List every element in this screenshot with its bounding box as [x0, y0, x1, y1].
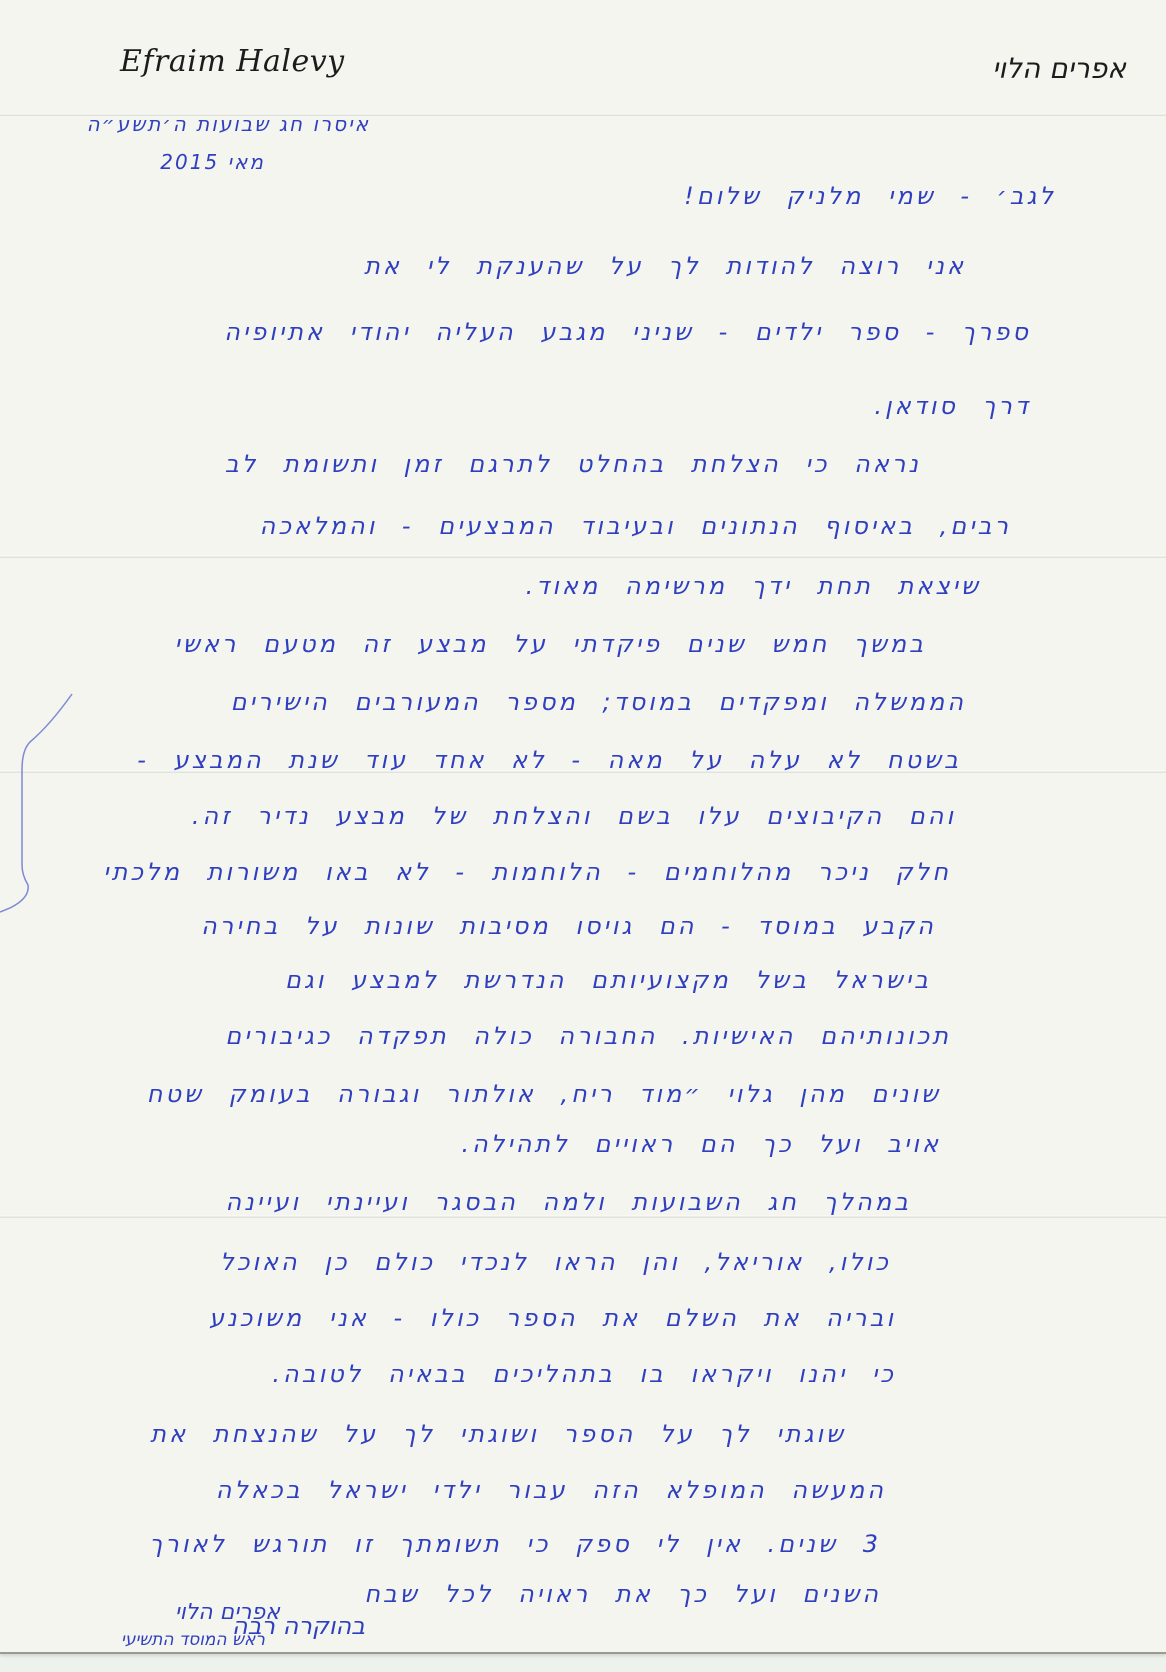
body-line: תכונותיהם האישיות. החבורה כולה תפקדה כגי…	[225, 1022, 951, 1050]
body-line: במשך חמש שנים פיקדתי על מבצע זה מטעם ראש…	[175, 630, 926, 658]
body-line: אני רוצה להודות לך על שהענקת לי את	[364, 252, 966, 280]
letterhead-name-english: Efraim Halevy	[120, 44, 345, 79]
hebrew-date: איסרו חג שבועות ה׳תשע״ה	[110, 112, 370, 136]
body-line: בשטח לא עלה על מאה - לא אחד עוד שנת המבצ…	[137, 746, 961, 774]
body-line: רבים, באיסוף הנתונים ובעיבוד המבצעים - ו…	[260, 512, 1011, 540]
body-line: ובריה את השלם את הספר כולו - אני משוכנע	[209, 1304, 896, 1332]
body-line: כולו, אוריאל, והן הראו לנכדי כולם כן האו…	[220, 1248, 891, 1276]
letter-paper: Efraim Halevy אפרים הלוי איסרו חג שבועות…	[0, 0, 1166, 1654]
signature-name: אפרים הלוי	[140, 1600, 280, 1625]
letterhead-name-hebrew: אפרים הלוי	[992, 52, 1126, 85]
body-line: השנים ועל כך את ראויה לכל שבח	[364, 1580, 881, 1608]
body-line: ספרך - ספר ילדים - שניני מגבע העליה יהוד…	[224, 318, 1031, 346]
body-line: במהלך חג השבועות ולמה הבסגר ועיינתי ועיי…	[225, 1188, 911, 1216]
body-line: אויב ועל כך הם ראויים לתהילה.	[461, 1130, 941, 1158]
margin-bracket-mark	[0, 680, 80, 920]
body-line: והם הקיבוצים עלו בשם והצלחת של מבצע נדיר…	[192, 802, 956, 830]
body-line: שוגתי לך על הספר ושוגתי לך על שהנצחת את	[150, 1420, 846, 1448]
body-line: הממשלה ומפקדים במוסד; מספר המעורבים הישי…	[231, 688, 966, 716]
body-line: כי יהנו ויקראו בו בתהליכים בבאיה לטובה.	[272, 1360, 896, 1388]
gregorian-date: מאי 2015	[135, 150, 265, 174]
paper-fold	[0, 555, 1166, 558]
body-line: נראה כי הצלחת בהחלט לתרגם זמן ותשומת לב	[225, 450, 921, 478]
body-line: שונים מהן גלוי ״מוד ריח, אולתור וגבורה ב…	[147, 1080, 941, 1108]
body-line: המעשה המופלא הזה עבור ילדי ישראל בכאלה	[216, 1476, 886, 1504]
greeting: לגב׳ - שמי מלניק שלום!	[684, 182, 1056, 210]
body-line: שיצאת תחת ידך מרשימה מאוד.	[526, 572, 981, 600]
signature-title: ראש המוסד התשיעי	[45, 1630, 265, 1650]
body-line: בישראל בשל מקצועיותם הנדרשת למבצע וגם	[285, 966, 931, 994]
body-line: הקבע במוסד - הם גויסו מסיבות שונות על בח…	[201, 912, 936, 940]
body-line: 3 שנים. אין לי ספק כי תשומתך זו תורגש לא…	[149, 1530, 881, 1558]
body-line: דרך סודאן.	[874, 392, 1031, 420]
body-line: חלק ניכר מהלוחמים - הלוחמות - לא באו משו…	[103, 858, 951, 886]
